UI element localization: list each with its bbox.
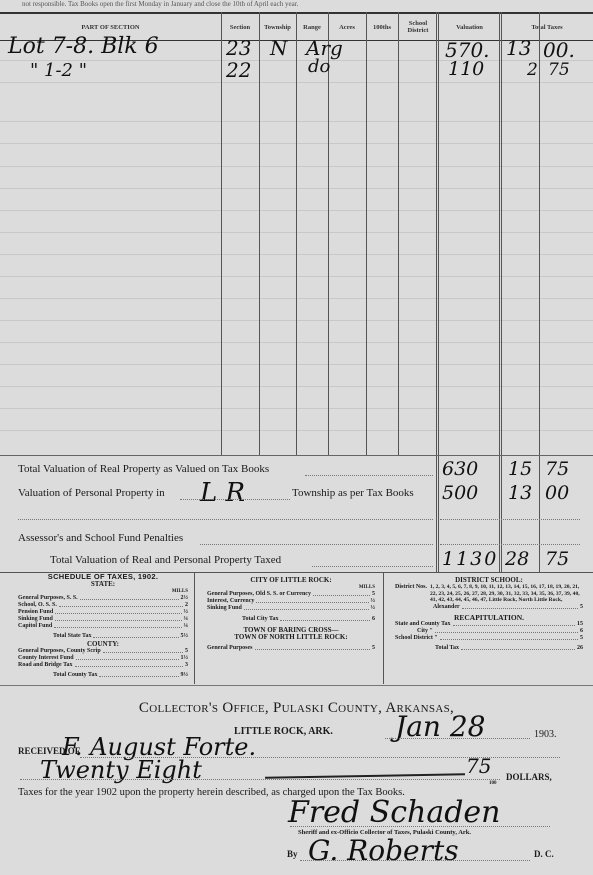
district-list: District Nos. 1, 2, 3, 4, 5, 6, 7, 8, 9,…	[395, 584, 583, 604]
leader-dots	[200, 544, 433, 545]
column-divider	[221, 12, 222, 455]
state-mills-label: MILLS	[172, 588, 188, 595]
row2-valuation: 110	[448, 58, 484, 80]
row2-section: 22	[226, 58, 251, 82]
town-item: General Purposes5	[207, 645, 375, 652]
city-item: General Purposes, Old S. S. or Currency5	[207, 591, 375, 598]
state-item: General Purposes, S. S.2½	[18, 595, 188, 602]
deputy-signature: G. Roberts	[308, 834, 459, 867]
recap-heading: RECAPITULATION.	[395, 614, 583, 621]
schedule-city: CITY OF LITTLE ROCK: MILLS General Purpo…	[207, 573, 375, 684]
state-item: Capitol Fund¼	[18, 623, 188, 630]
row2-tax-dollars: 2	[527, 60, 538, 80]
column-divider	[328, 12, 329, 455]
leader-dots	[180, 499, 290, 500]
row1-section: 23	[226, 36, 251, 60]
row1-part-of-section: Lot 7-8. Blk 6	[8, 34, 159, 59]
sheriff-signature: Fred Schaden	[288, 795, 501, 830]
date-line	[385, 738, 530, 739]
leader-dots	[440, 544, 580, 545]
schedule-divider	[383, 573, 384, 684]
collector-office-heading: Collector's Office, Pulaski County, Arka…	[0, 700, 593, 717]
county-item: County Interest Fund1½	[18, 655, 188, 662]
recap-item: State and County Tax15	[395, 621, 583, 628]
amount-cents: 75	[466, 754, 491, 778]
district-school-heading: DISTRICT SCHOOL:	[395, 577, 583, 584]
city-item: Sinking Fund½	[207, 605, 375, 612]
dc-label: D. C.	[534, 849, 554, 859]
city-mills-label: MILLS	[359, 584, 375, 591]
row1-tax-dollars: 13	[506, 36, 531, 60]
row1-tax-cents: 00.	[543, 38, 575, 62]
header-valuation: Valuation	[438, 14, 501, 40]
schedule-divider	[194, 573, 195, 684]
column-divider-taxes	[499, 12, 502, 572]
personal-property-valuation: 500	[442, 482, 478, 504]
personal-property-tax-cents: 00	[545, 482, 569, 504]
summary-top-rule	[0, 455, 593, 456]
total-valuation: 1130	[442, 548, 498, 570]
column-divider-cents	[539, 12, 540, 572]
column-divider	[296, 12, 297, 455]
row2-part-of-section: " 1-2 "	[30, 60, 87, 81]
total-valuation-label: Total Valuation of Real and Personal Pro…	[50, 554, 281, 566]
top-note: not responsible. Tax Books open the firs…	[22, 0, 298, 8]
county-total: Total County Tax9½	[18, 672, 188, 679]
leader-dots	[312, 566, 433, 567]
row2-tax-cents: 75	[548, 60, 570, 80]
personal-property-tax-dollars: 13	[508, 482, 532, 504]
real-property-label: Total Valuation of Real Property as Valu…	[18, 463, 269, 475]
receipt-year: 1903.	[534, 729, 557, 740]
amount-dash	[265, 773, 465, 778]
penalties-label: Assessor's and School Fund Penalties	[18, 532, 183, 544]
state-item: Sinking Fund¼	[18, 616, 188, 623]
real-property-tax-dollars: 15	[508, 458, 532, 480]
total-tax-dollars: 28	[505, 548, 529, 570]
personal-property-label-b: Township as per Tax Books	[292, 487, 414, 499]
schedule-state-county: SCHEDULE OF TAXES, 1902. STATE: MILLS Ge…	[18, 573, 188, 684]
column-divider	[398, 12, 399, 455]
blank-line	[18, 519, 433, 520]
schedule-bottom-rule	[0, 685, 593, 686]
county-item: Road and Bridge Tax3	[18, 662, 188, 669]
personal-property-township: L R	[200, 478, 245, 508]
town-heading-2: TOWN OF NORTH LITTLE ROCK:	[207, 634, 375, 641]
state-item: Pension Fund½	[18, 609, 188, 616]
real-property-tax-cents: 75	[545, 458, 569, 480]
district-last: Alexander5	[395, 604, 583, 611]
header-hundredths: 100ths	[366, 14, 398, 40]
by-label: By	[287, 849, 298, 859]
county-item: General Purposes, County Scrip5	[18, 648, 188, 655]
schedule-district-school: DISTRICT SCHOOL: District Nos. 1, 2, 3, …	[395, 573, 583, 684]
city-total: Total City Tax6	[207, 616, 375, 623]
amount-line	[20, 779, 500, 780]
dollars-label: DOLLARS,	[506, 772, 552, 782]
tax-receipt-page: not responsible. Tax Books open the firs…	[0, 0, 593, 875]
column-divider	[259, 12, 260, 455]
recap-item: City "6	[395, 628, 583, 635]
leader-dots	[305, 475, 433, 476]
row2-range: do	[308, 56, 330, 77]
header-school-district: School District	[398, 14, 438, 40]
state-total: Total State Tax5½	[18, 633, 188, 640]
deputy-line	[300, 860, 530, 861]
recap-total: Total Tax26	[395, 645, 583, 652]
personal-property-label: Valuation of Personal Property in	[18, 487, 165, 499]
column-divider-valuation	[436, 12, 439, 572]
sheriff-line	[290, 826, 550, 827]
city-heading: CITY OF LITTLE ROCK:	[207, 577, 375, 584]
row1-township: N	[270, 36, 288, 60]
total-tax-cents: 75	[545, 548, 569, 570]
blank-line	[440, 519, 580, 520]
recap-item: School District "5	[395, 635, 583, 642]
city-item: Interest, Currency½	[207, 598, 375, 605]
cents-denominator: 100	[489, 781, 497, 786]
column-divider	[366, 12, 367, 455]
schedule-title: SCHEDULE OF TAXES, 1902.	[18, 573, 188, 580]
county-heading: COUNTY:	[18, 641, 188, 648]
real-property-valuation: 630	[442, 458, 478, 480]
state-heading: STATE:	[18, 581, 188, 588]
state-item: School, O. S. S.2	[18, 602, 188, 609]
